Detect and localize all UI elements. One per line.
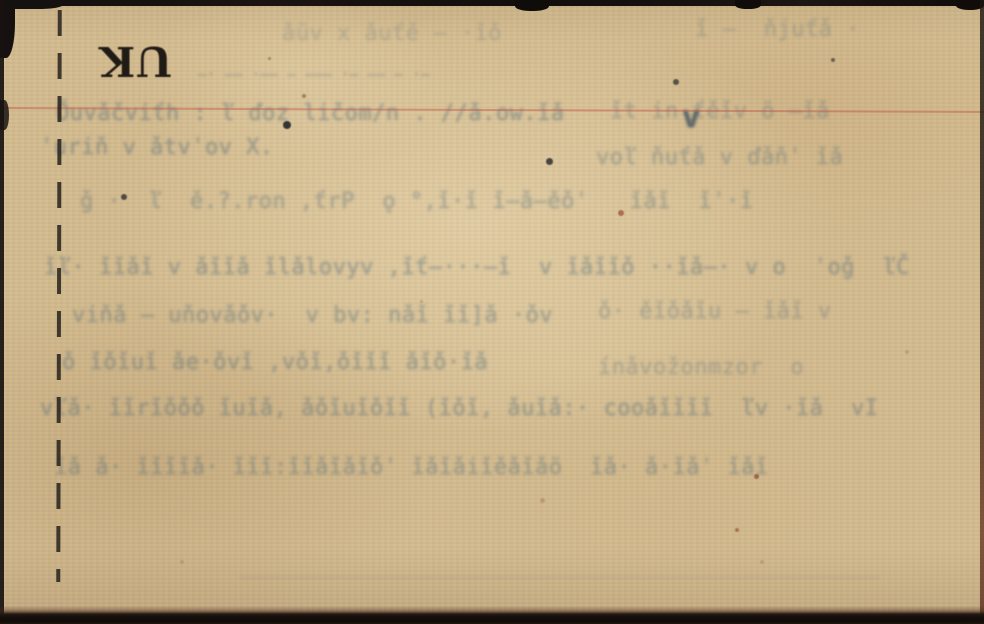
typescript-line: ǧ · ľ ě.?.ron ,ťrP ǫ °,ǐ·ǐ ǐ–ǎ–ěǒˈ ǐǎǐ ǐ… xyxy=(80,190,754,214)
typescript-line: ínǎvožonmzor o xyxy=(598,356,804,380)
ink-dot xyxy=(673,79,679,85)
rust-speck xyxy=(302,94,306,98)
paper-speck xyxy=(420,300,423,303)
rust-speck xyxy=(735,528,739,532)
typescript-line: vľǎ· ǐǐrǐǒǒǒ ǐuǐǎ, ǎǒǐuǐǒǐǐ (ǐǒǐ, ǎuǐǎ:·… xyxy=(40,397,878,421)
rust-speck xyxy=(754,474,759,479)
catalog-card-scan: ǎüv x ǎuťě – ·ǐǒǐ – ňjuťǎ ·–· –– ·—– – –… xyxy=(0,0,984,624)
typescript-line: ǐt in ťěǐv ö –ǐǎ xyxy=(610,100,830,124)
paper-speck xyxy=(180,560,184,564)
typescript-line: ǒ ǐǒǐuǐ ǎe·ǒvǐ ,vǒǐ,ǒǐǐǐ ǎǐǒ·ǐǎ xyxy=(62,351,488,375)
scan-edge-left xyxy=(0,0,4,624)
rust-speck xyxy=(618,210,624,216)
ink-dot xyxy=(831,58,835,62)
typescript-line: ˈuriň v ǎtvˈov X. xyxy=(40,136,274,160)
typescript-line: ǐǎ ǎ· ǐǐǐǐǎ· ǐǐǐ:ǐǐǎǐǎǐǒˈ ǐǎǐǎiǐěǎǐǎö ǐǎ… xyxy=(54,456,769,480)
ink-blot: v xyxy=(682,100,700,135)
paper-speck xyxy=(905,350,909,354)
typescript-line: ǐľ· ǐǐǎǐ v ǎǐǐǎ ǐlǎlovyv ,ǐť–···–ǐ v ǐǎǐ… xyxy=(44,256,910,280)
scan-edge-notch xyxy=(735,0,761,9)
paper-speck xyxy=(268,57,271,60)
typescript-line: voľ ňuťǎ v ďǎňˈ ǐǎ xyxy=(596,146,843,170)
ink-dot xyxy=(546,158,553,165)
typescript-line: ǎüv x ǎuťě – ·ǐǒ xyxy=(282,22,502,46)
uk-library-stamp: UK xyxy=(100,40,172,82)
paper-speck xyxy=(540,498,545,503)
scan-edge-notch xyxy=(515,0,549,11)
ink-dot xyxy=(121,194,127,200)
paper-speck xyxy=(760,560,764,564)
ink-dot xyxy=(283,121,291,129)
typescript-line: –· –– ·—– – ––– ·– –– – ·– xyxy=(198,68,430,83)
scan-edge-right xyxy=(980,0,984,624)
typescript-line: ǐ – ňjuťǎ · xyxy=(695,18,860,42)
typescript-line: viňǎ – uňovǎǒv· v bv: nǎǐ ǐǐ]ǎ ·ǒv xyxy=(72,304,553,328)
typescript-line: Öuvǎčviťh : ľ ďoz ličom/n . //ǎ.ow.ǐǎ xyxy=(56,102,565,126)
typescript-line: ǒ· ěǐǒǎǐu – ǐǎǐ v xyxy=(598,300,832,324)
faint-smudge-streak xyxy=(240,576,880,579)
scan-edge-bottom xyxy=(0,606,984,624)
scan-corner-shadow xyxy=(0,0,62,9)
scan-edge-top xyxy=(0,0,984,6)
dashed-cut-line xyxy=(56,10,61,582)
